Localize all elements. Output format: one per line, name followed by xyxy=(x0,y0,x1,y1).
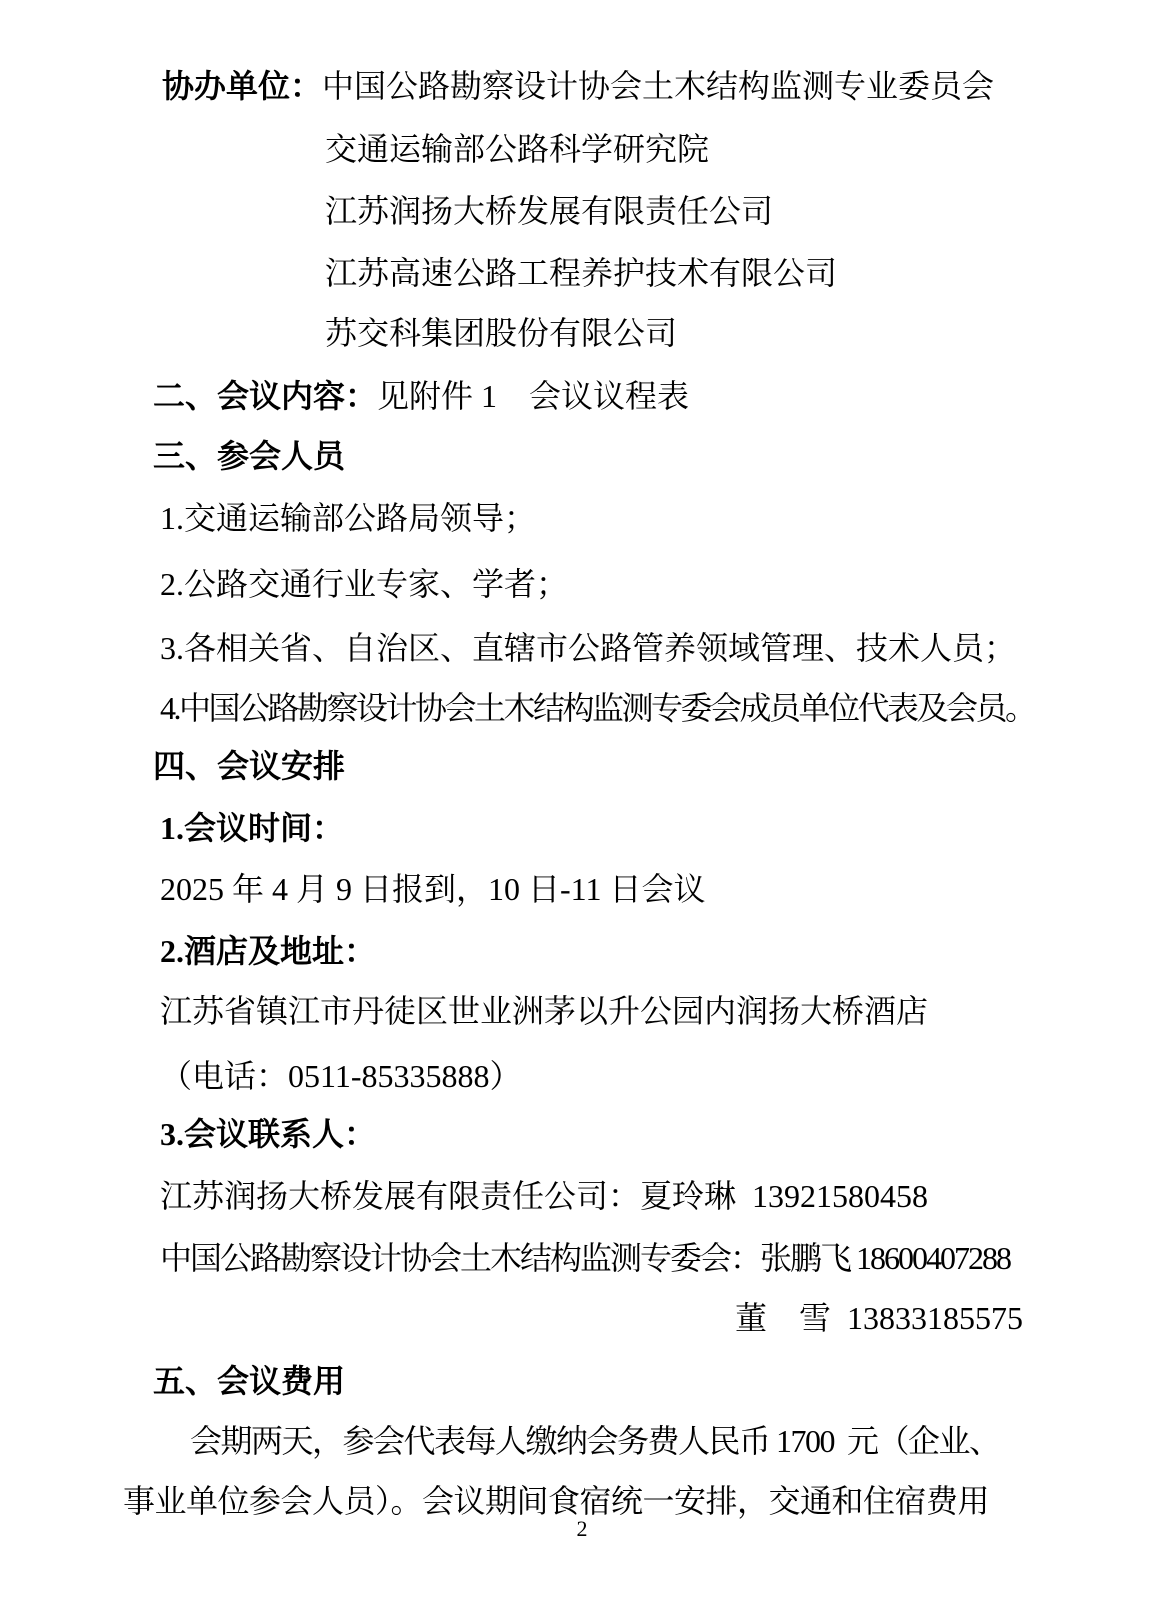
section2-text: 见附件 1 会议议程表 xyxy=(377,378,689,414)
page-number: 2 xyxy=(0,1516,1164,1542)
coorganizer-item: 江苏润扬大桥发展有限责任公司 xyxy=(325,191,773,231)
coorganizer-first-item: 中国公路勘察设计协会土木结构监测专业委员会 xyxy=(322,68,994,104)
meeting-time-label: 1.会议时间： xyxy=(160,808,344,848)
section5-heading: 五、会议费用 xyxy=(153,1361,345,1401)
section2-heading: 二、会议内容： xyxy=(153,378,377,414)
section4-heading: 四、会议安排 xyxy=(153,746,345,786)
attendee-item: 3.各相关省、自治区、直辖市公路管养领域管理、技术人员； xyxy=(160,628,1016,668)
hotel-phone: （电话：0511-85335888） xyxy=(160,1056,521,1096)
hotel-address: 江苏省镇江市丹徒区世业洲茅以升公园内润扬大桥酒店 xyxy=(160,991,928,1031)
attendee-item: 4.中国公路勘察设计协会土木结构监测专委会成员单位代表及会员。 xyxy=(160,688,1035,728)
coorganizer-label: 协办单位： xyxy=(162,68,322,104)
attendee-item: 1.交通运输部公路局领导； xyxy=(160,498,536,538)
fee-paragraph-line: 事业单位参会人员）。会议期间食宿统一安排，交通和住宿费用 xyxy=(123,1481,989,1521)
contact-label: 3.会议联系人： xyxy=(160,1114,376,1154)
attendee-item: 2.公路交通行业专家、学者； xyxy=(160,564,568,604)
section2-line: 二、会议内容：见附件 1 会议议程表 xyxy=(153,376,689,416)
coorganizer-item: 苏交科集团股份有限公司 xyxy=(325,313,677,353)
hotel-label: 2.酒店及地址： xyxy=(160,931,376,971)
coorganizer-item: 交通运输部公路科学研究院 xyxy=(325,129,709,169)
contact-line: 董 雪 13833185575 xyxy=(735,1298,1023,1338)
section3-heading: 三、参会人员 xyxy=(153,436,345,476)
fee-paragraph-line: 会期两天，参会代表每人缴纳会务费人民币 1700 元（企业、 xyxy=(190,1421,1000,1461)
contact-line: 江苏润扬大桥发展有限责任公司：夏玲琳 13921580458 xyxy=(160,1176,928,1216)
contact-line: 中国公路勘察设计协会土木结构监测专委会：张鹏飞 18600407288 xyxy=(160,1238,1010,1278)
coorganizer-line: 协办单位：中国公路勘察设计协会土木结构监测专业委员会 xyxy=(162,66,994,106)
coorganizer-item: 江苏高速公路工程养护技术有限公司 xyxy=(325,253,837,293)
document-page: 协办单位：中国公路勘察设计协会土木结构监测专业委员会 交通运输部公路科学研究院 … xyxy=(0,0,1164,1614)
meeting-time-value: 2025 年 4 月 9 日报到，10 日-11 日会议 xyxy=(160,869,705,909)
